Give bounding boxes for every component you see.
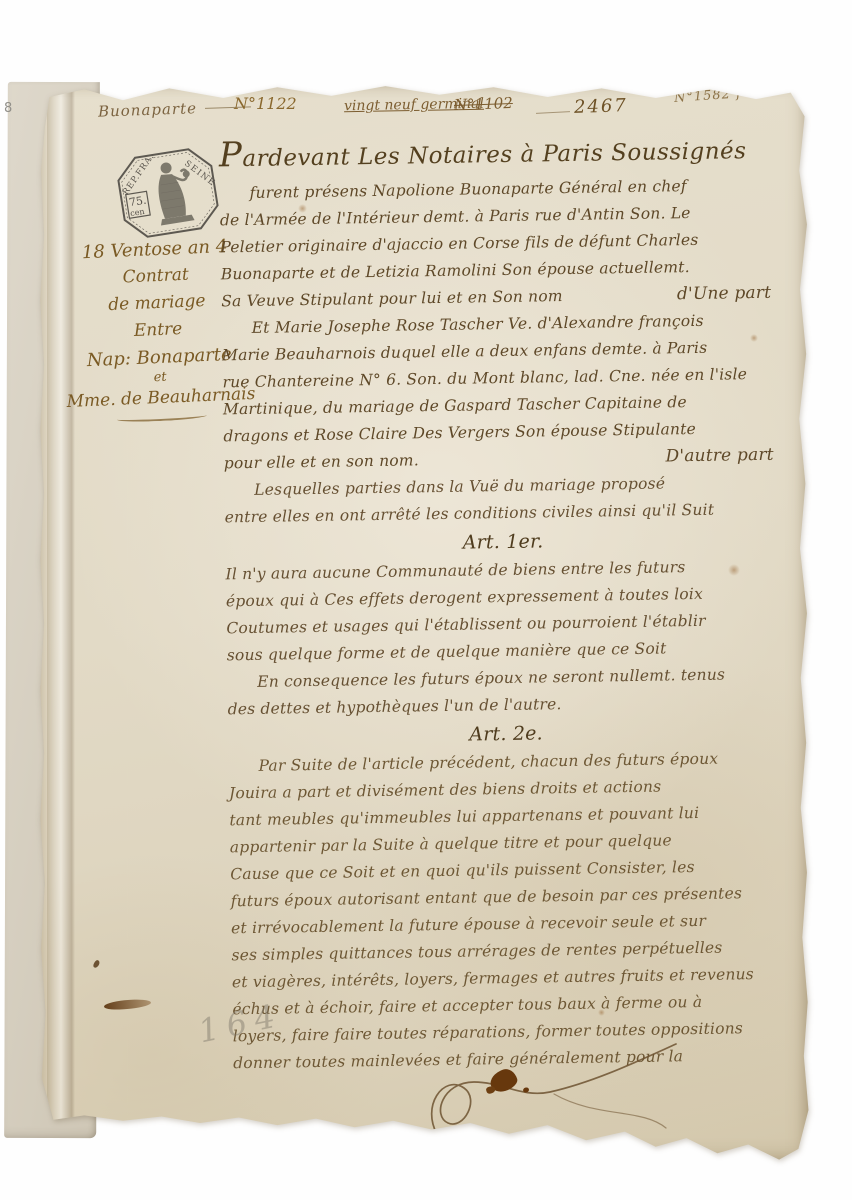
foxing-spot xyxy=(728,564,740,576)
party1-closing: d'Une part xyxy=(677,280,778,309)
foxing-spot xyxy=(598,1009,605,1016)
pen-flourish xyxy=(117,412,207,423)
paper-surface: Buonaparte N°1122 vingt neuf germinal N°… xyxy=(38,84,810,1164)
header-registry-no-4: N°1582 f°1 xyxy=(674,85,760,106)
notary-paraph-flourish xyxy=(404,1032,694,1152)
header-registry-no-2-struck: N°1102 xyxy=(454,94,513,114)
ink-smudge xyxy=(104,998,152,1012)
manuscript-sheet: Buonaparte N°1122 vingt neuf germinal N°… xyxy=(38,84,810,1164)
header-name-text: Buonaparte xyxy=(98,99,198,120)
stamp-left-label: REP.FRA. xyxy=(121,152,157,197)
revenue-stamp-icon: REP.FRA. SEINE. 75. cen xyxy=(112,143,224,244)
foxing-spot xyxy=(298,204,307,213)
header-registry-no-1: N°1122 xyxy=(234,94,297,113)
document-title: Pardevant Les Notaires à Paris Soussigné… xyxy=(219,126,776,181)
foxing-spot xyxy=(750,334,758,342)
manuscript-line-text: pour elle et en son nom. xyxy=(224,447,420,477)
party2-closing: D'autre part xyxy=(665,442,780,471)
manuscript-photo: 8 Buonaparte N°1122 vingt neuf germinal … xyxy=(0,0,852,1200)
folio-number: 8 xyxy=(4,101,12,116)
pen-dash xyxy=(536,111,570,114)
ink-speck xyxy=(93,959,101,968)
header-name-annotation: Buonaparte xyxy=(98,97,251,120)
manuscript-body: Pardevant Les Notaires à Paris Soussigné… xyxy=(219,126,790,1078)
header-registry-no-3: 2467 xyxy=(574,95,629,118)
